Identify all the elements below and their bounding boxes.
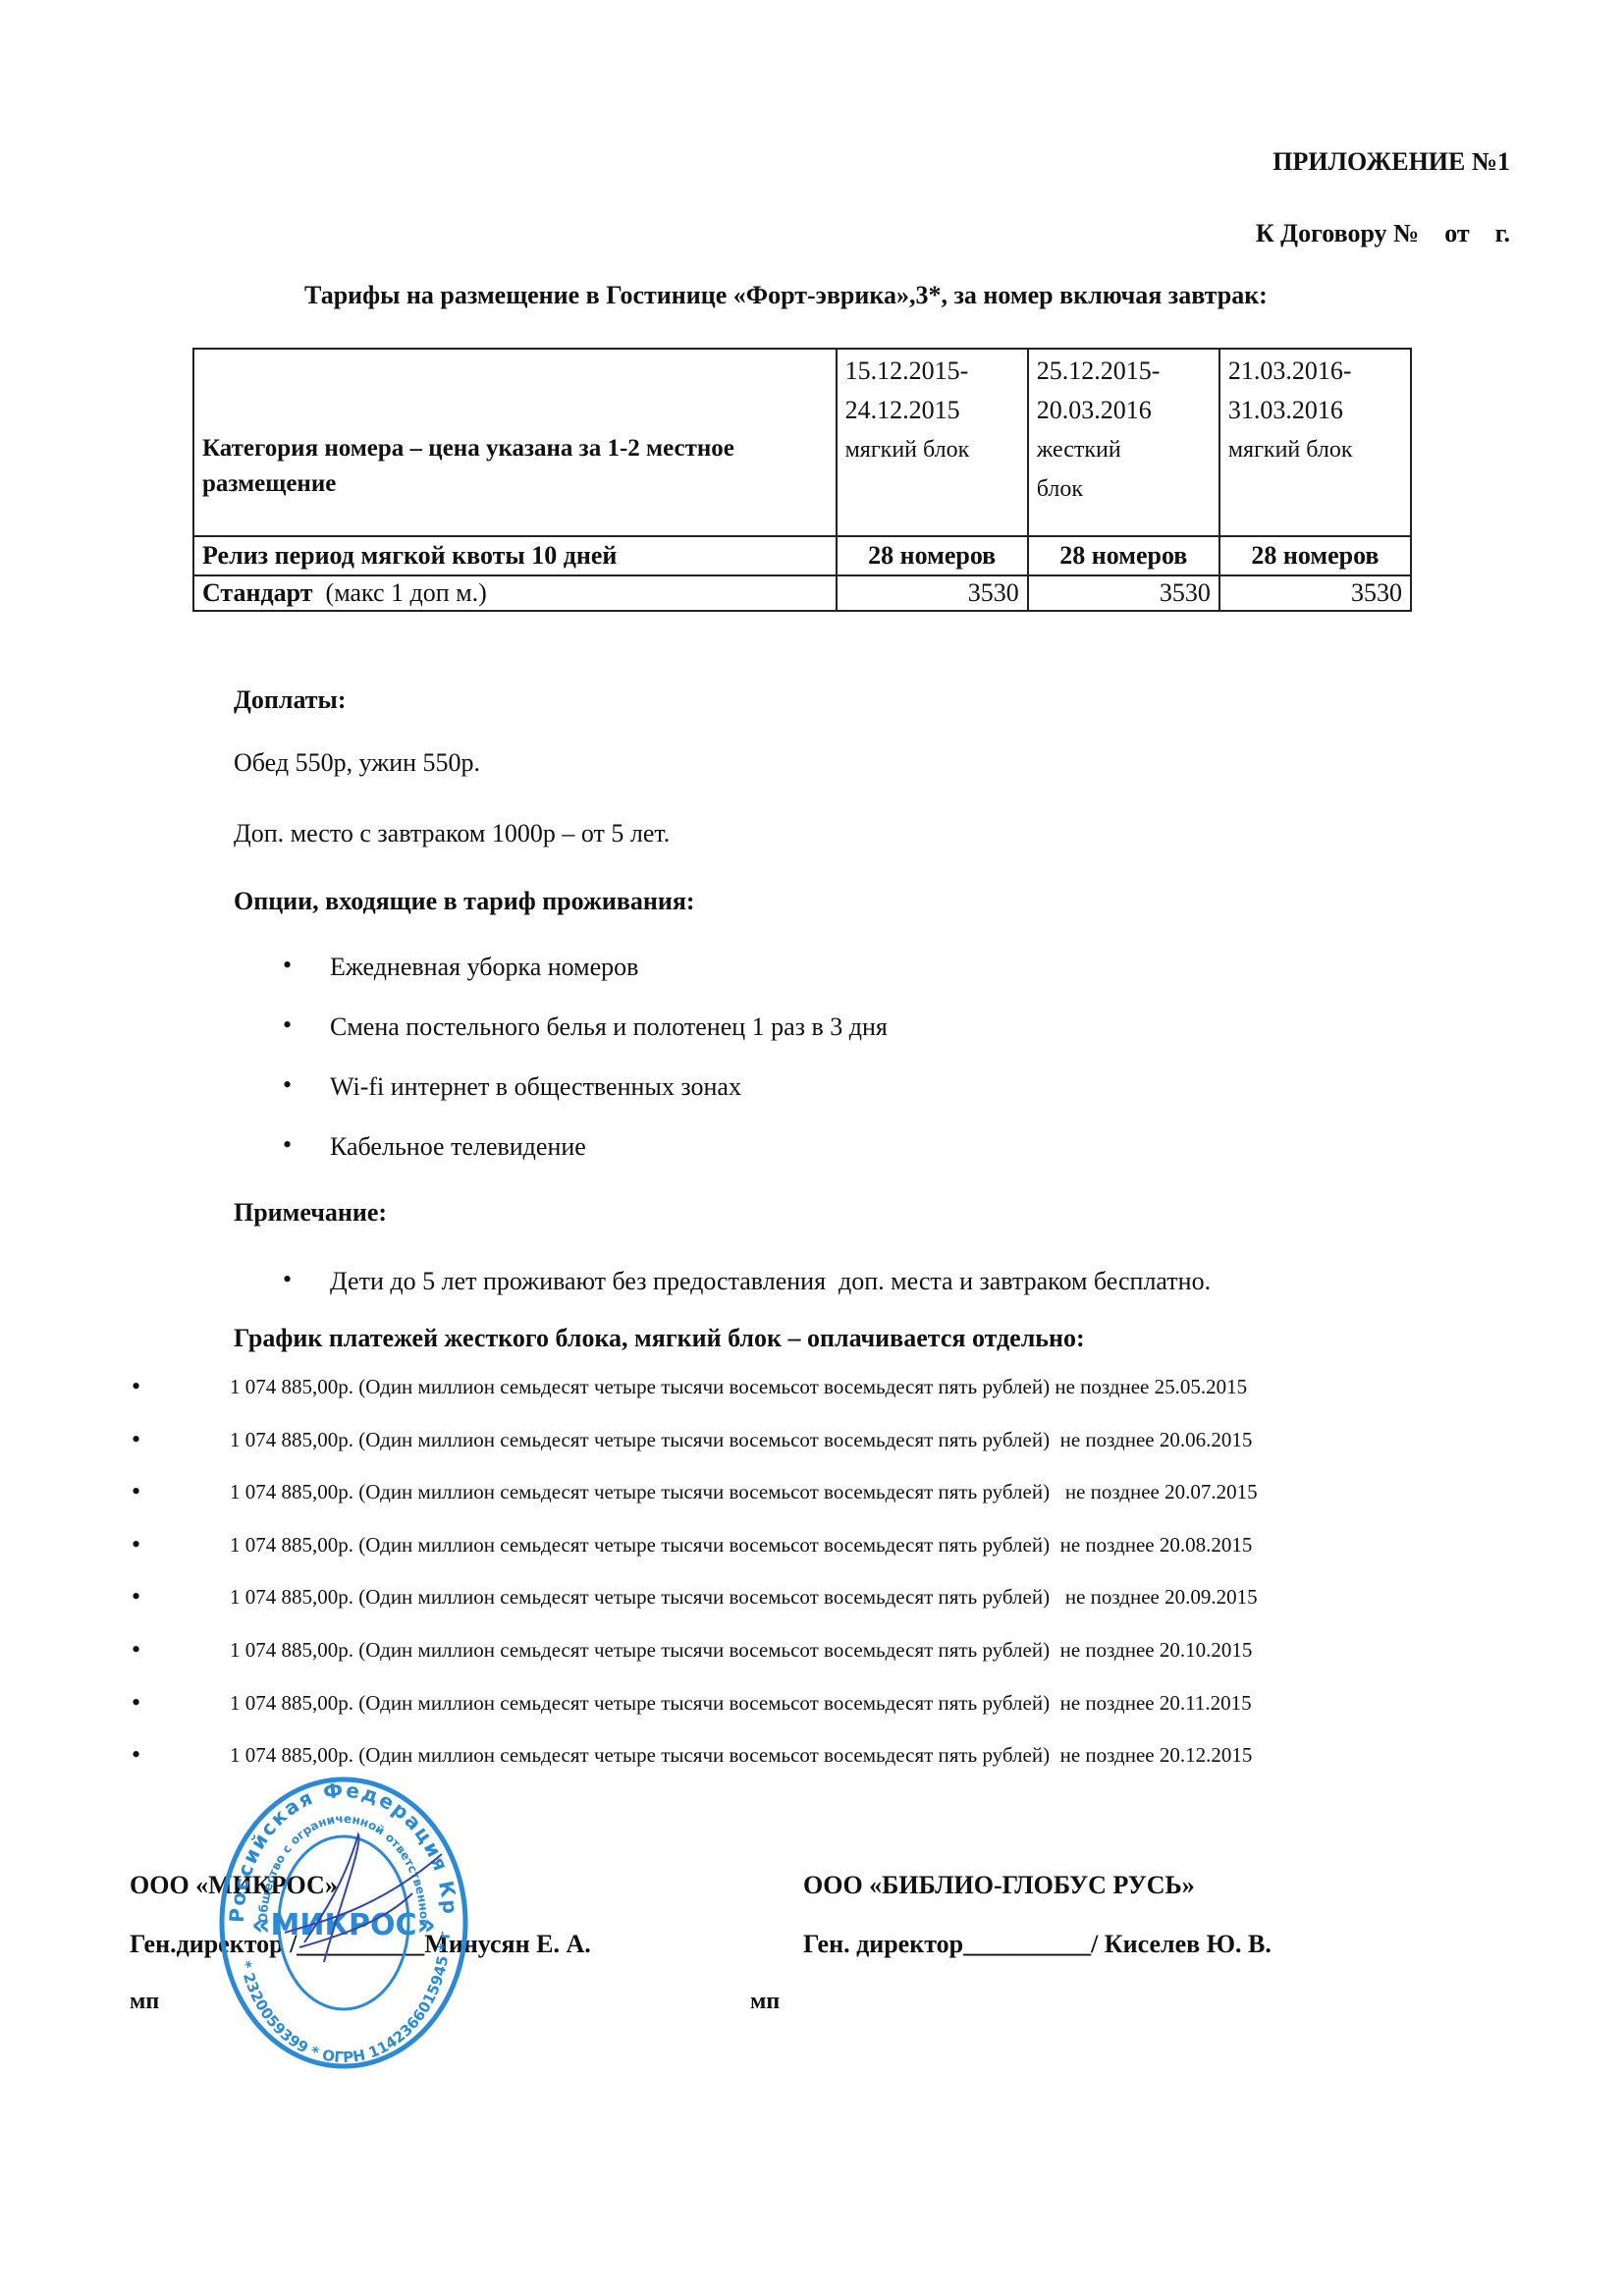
surcharge-line: Обед 550р, ужин 550р. [234, 748, 480, 778]
period-end: 31.03.2016 [1228, 391, 1402, 430]
bullet-icon: • [283, 1265, 292, 1294]
list-item: •Ежедневная уборка номеров [234, 953, 888, 1012]
payments-heading: График платежей жесткого блока, мягкий б… [234, 1324, 1085, 1353]
bullet-icon: • [132, 1635, 140, 1665]
table-row: Релиз период мягкой квоты 10 дней 28 ном… [193, 536, 1411, 575]
period-header-3: 21.03.2016- 31.03.2016 мягкий блок [1219, 349, 1411, 536]
bullet-icon: • [132, 1582, 140, 1612]
options-heading: Опции, входящие в тариф проживания: [234, 887, 695, 916]
right-signatory: Ген. директор__________/ Киселев Ю. В. [803, 1930, 1272, 1959]
bullet-icon: • [283, 1130, 292, 1160]
list-item: •1 074 885,00р. (Один миллион семьдесят … [128, 1375, 1258, 1428]
right-org-name: ООО «БИБЛИО-ГЛОБУС РУСЬ» [803, 1871, 1195, 1900]
option-text: Wi-fi интернет в общественных зонах [330, 1072, 741, 1101]
bullet-icon: • [283, 1011, 292, 1040]
bullet-icon: • [283, 951, 292, 980]
appendix-title: ПРИЛОЖЕНИЕ №1 [1272, 147, 1510, 177]
cell-value: 28 номеров [1028, 536, 1219, 575]
list-item: •1 074 885,00р. (Один миллион семьдесят … [128, 1743, 1258, 1796]
bullet-icon: • [132, 1530, 140, 1559]
option-text: Ежедневная уборка номеров [330, 953, 638, 981]
table-header-row: Категория номера – цена указана за 1-2 м… [193, 349, 1411, 536]
period-start: 15.12.2015- [845, 352, 1019, 391]
block-type: мягкий блок [1228, 430, 1402, 469]
list-item: •Смена постельного белья и полотенец 1 р… [234, 1012, 888, 1072]
list-item: •Кабельное телевидение [234, 1132, 888, 1192]
row-label: Стандарт (макс 1 доп м.) [193, 575, 837, 611]
block-type: жесткий блок [1037, 430, 1155, 509]
left-signatory: Ген.директор /__________Минусян Е. А. [130, 1930, 591, 1959]
options-list: •Ежедневная уборка номеров •Смена постел… [234, 953, 888, 1192]
company-stamp-icon: Российская Федерация Краснодарский край … [216, 1776, 471, 2070]
bullet-icon: • [132, 1425, 140, 1454]
row-label: Релиз период мягкой квоты 10 дней [193, 536, 837, 575]
bullet-icon: • [132, 1688, 140, 1718]
right-seal-mark: мп [750, 1989, 780, 2015]
left-seal-mark: мп [130, 1989, 159, 2015]
period-end: 20.03.2016 [1037, 391, 1211, 430]
payment-text: 1 074 885,00р. (Один миллион семьдесят ч… [230, 1428, 1252, 1451]
left-org-name: ООО «МИКРОС» [130, 1871, 338, 1900]
option-text: Смена постельного белья и полотенец 1 ра… [330, 1012, 888, 1041]
payment-text: 1 074 885,00р. (Один миллион семьдесят ч… [230, 1480, 1258, 1503]
list-item: •1 074 885,00р. (Один миллион семьдесят … [128, 1533, 1258, 1586]
surcharge-line: Доп. место с завтраком 1000р – от 5 лет. [234, 819, 670, 848]
list-item: •1 074 885,00р. (Один миллион семьдесят … [128, 1691, 1258, 1744]
list-item: •Wi-fi интернет в общественных зонах [234, 1072, 888, 1132]
payment-text: 1 074 885,00р. (Один миллион семьдесят ч… [230, 1691, 1252, 1715]
note-heading: Примечание: [234, 1198, 387, 1228]
cell-value: 28 номеров [1219, 536, 1411, 575]
payments-list: •1 074 885,00р. (Один миллион семьдесят … [128, 1375, 1258, 1796]
period-start: 21.03.2016- [1228, 352, 1402, 391]
cell-value: 3530 [1219, 575, 1411, 611]
note-list: •Дети до 5 лет проживают без предоставле… [234, 1267, 1211, 1327]
block-type: мягкий блок [845, 430, 1019, 469]
surcharges-heading: Доплаты: [234, 685, 347, 715]
room-type: Стандарт [202, 578, 313, 607]
period-end: 24.12.2015 [845, 391, 1019, 430]
cell-value: 28 номеров [837, 536, 1028, 575]
payment-text: 1 074 885,00р. (Один миллион семьдесят ч… [230, 1375, 1247, 1398]
contract-reference: К Договору № от г. [1256, 219, 1510, 248]
payment-text: 1 074 885,00р. (Один миллион семьдесят ч… [230, 1533, 1252, 1557]
option-text: Кабельное телевидение [330, 1132, 586, 1161]
category-header: Категория номера – цена указана за 1-2 м… [193, 349, 837, 536]
period-start: 25.12.2015- [1037, 352, 1211, 391]
svg-text:* 2320059399 * ОГРН 1142366015: * 2320059399 * ОГРН 1142366015945 * горо… [216, 1776, 454, 2066]
payment-text: 1 074 885,00р. (Один миллион семьдесят ч… [230, 1743, 1252, 1767]
payment-text: 1 074 885,00р. (Один миллион семьдесят ч… [230, 1638, 1252, 1662]
bullet-icon: • [132, 1477, 140, 1506]
period-header-1: 15.12.2015- 24.12.2015 мягкий блок [837, 349, 1028, 536]
list-item: •1 074 885,00р. (Один миллион семьдесят … [128, 1638, 1258, 1691]
cell-value: 3530 [837, 575, 1028, 611]
tariff-heading: Тарифы на размещение в Гостинице «Форт-э… [304, 281, 1268, 310]
note-text: Дети до 5 лет проживают без предоставлен… [330, 1267, 1211, 1295]
list-item: •1 074 885,00р. (Один миллион семьдесят … [128, 1428, 1258, 1481]
bullet-icon: • [132, 1740, 140, 1770]
room-type-note: (макс 1 доп м.) [313, 578, 487, 607]
list-item: •1 074 885,00р. (Один миллион семьдесят … [128, 1480, 1258, 1533]
list-item: •1 074 885,00р. (Один миллион семьдесят … [128, 1585, 1258, 1638]
svg-text:Российская Федерация Краснодар: Российская Федерация Краснодарский край [216, 1776, 462, 1923]
period-header-2: 25.12.2015- 20.03.2016 жесткий блок [1028, 349, 1219, 536]
bullet-icon: • [283, 1070, 292, 1100]
payment-text: 1 074 885,00р. (Один миллион семьдесят ч… [230, 1585, 1258, 1609]
tariff-table: Категория номера – цена указана за 1-2 м… [192, 348, 1412, 612]
cell-value: 3530 [1028, 575, 1219, 611]
svg-text:Общество с ограниченной ответс: Общество с ограниченной ответственностью [216, 1776, 431, 1926]
bullet-icon: • [132, 1372, 140, 1401]
table-row: Стандарт (макс 1 доп м.) 3530 3530 3530 [193, 575, 1411, 611]
list-item: •Дети до 5 лет проживают без предоставле… [234, 1267, 1211, 1327]
